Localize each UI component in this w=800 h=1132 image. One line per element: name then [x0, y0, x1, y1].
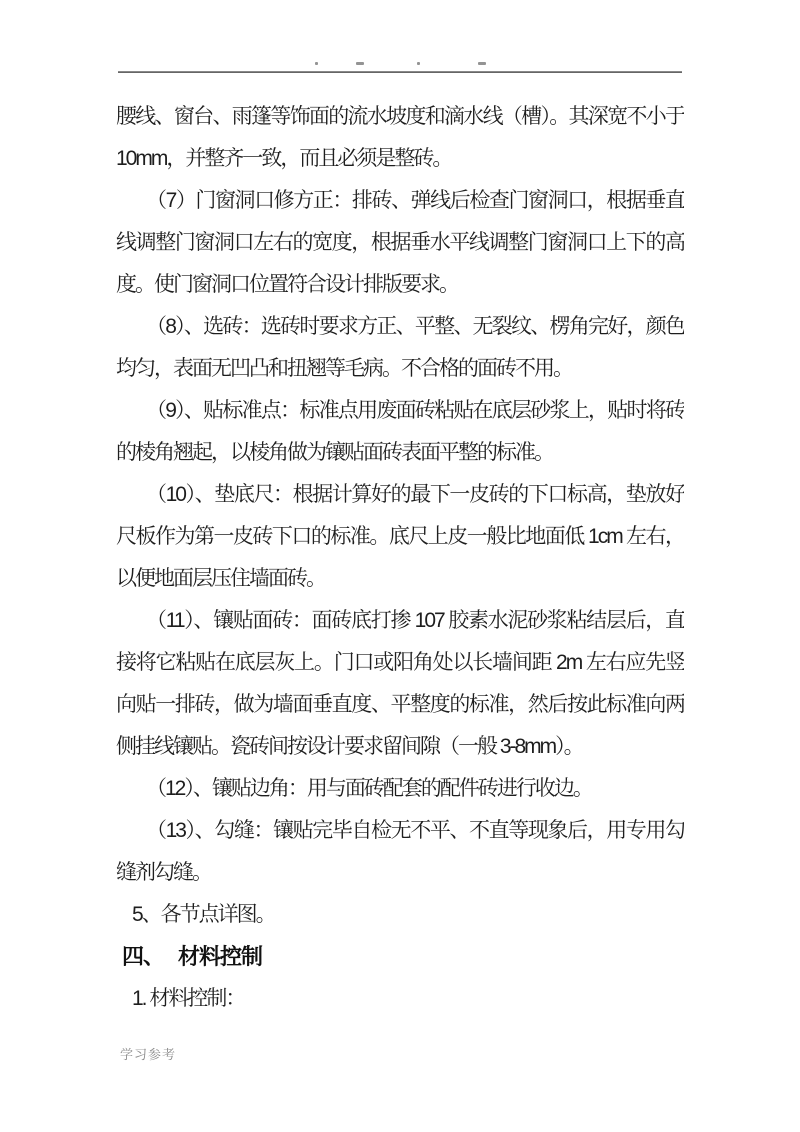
- header-mark: [478, 62, 486, 65]
- text-line: 接将它粘贴在底层灰上。门口或阳角处以长墙间距 2m 左右应先竖: [116, 642, 684, 684]
- text-line: 尺板作为第一皮砖下口的标准。底尺上皮一般比地面低 1cm 左右，: [116, 516, 684, 558]
- text-line: 腰线、窗台、雨篷等饰面的流水坡度和滴水线（槽）。其深宽不小于: [116, 96, 684, 138]
- text-line: （8）、选砖：选砖时要求方正、平整、无裂纹、楞角完好，颜色: [116, 306, 684, 348]
- text-line: 1. 材料控制：: [116, 978, 684, 1020]
- text-line: （12）、镶贴边角：用与面砖配套的配件砖进行收边。: [116, 768, 684, 810]
- text-line: 均匀，表面无凹凸和扭翘等毛病。不合格的面砖不用。: [116, 348, 684, 390]
- text-line: 以便地面层压住墙面砖。: [116, 558, 684, 600]
- text-line: （13）、勾缝：镶贴完毕自检无不平、不直等现象后，用专用勾: [116, 810, 684, 852]
- section-heading-title: 材料控制: [178, 944, 262, 969]
- text-line: 线调整门窗洞口左右的宽度，根据垂水平线调整门窗洞口上下的高: [116, 222, 684, 264]
- section-heading: 四、材料控制: [116, 936, 684, 978]
- text-line: 缝剂勾缝。: [116, 852, 684, 894]
- text-line: 度。使门窗洞口位置符合设计排版要求。: [116, 264, 684, 306]
- text-line: 10mm，并整齐一致，而且必须是整砖。: [116, 138, 684, 180]
- page-footer: 学习参考: [120, 1046, 176, 1063]
- text-line: 5、各节点详图。: [116, 894, 684, 936]
- header-mark: [417, 62, 420, 65]
- text-line: （10）、垫底尺：根据计算好的最下一皮砖的下口标高，垫放好: [116, 474, 684, 516]
- text-line: 的棱角翘起，以棱角做为镶贴面砖表面平整的标准。: [116, 432, 684, 474]
- text-line: 侧挂线镶贴。瓷砖间按设计要求留间隙（一般 3-8mm）。: [116, 726, 684, 768]
- text-line: （7）门窗洞口修方正：排砖、弹线后检查门窗洞口，根据垂直: [116, 180, 684, 222]
- header-mark: [315, 62, 318, 65]
- text-line: （9）、贴标准点：标准点用废面砖粘贴在底层砂浆上，贴时将砖: [116, 390, 684, 432]
- text-line: 向贴一排砖，做为墙面垂直度、平整度的标准，然后按此标准向两: [116, 684, 684, 726]
- document-body: 腰线、窗台、雨篷等饰面的流水坡度和滴水线（槽）。其深宽不小于 10mm，并整齐一…: [116, 96, 684, 1020]
- document-page: 腰线、窗台、雨篷等饰面的流水坡度和滴水线（槽）。其深宽不小于 10mm，并整齐一…: [0, 0, 800, 1132]
- text-line: （11）、镶贴面砖：面砖底打掺 107 胶素水泥砂浆粘结层后，直: [116, 600, 684, 642]
- header-mark: [356, 62, 364, 65]
- section-heading-numeral: 四、: [122, 944, 164, 969]
- header-divider-line: [118, 71, 682, 73]
